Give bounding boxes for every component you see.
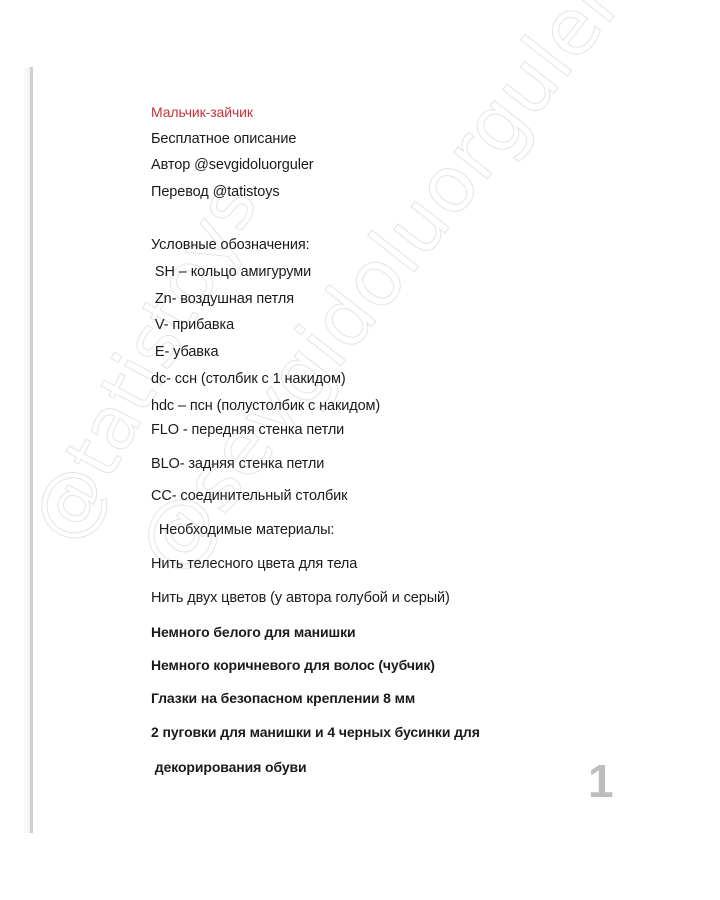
legend-item: Zn- воздушная петля: [151, 290, 294, 308]
materials-item: Нить двух цветов (у автора голубой и сер…: [151, 589, 450, 607]
header-line-translation: Перевод @tatistoys: [151, 183, 280, 201]
materials-item-bold: Немного коричневого для волос (чубчик): [151, 656, 435, 674]
materials-heading: Необходимые материалы:: [151, 521, 334, 539]
page-number: 1: [588, 756, 614, 806]
legend-item: BLO- задняя стенка петли: [151, 455, 324, 473]
legend-item: E- убавка: [151, 343, 218, 361]
legend-item: CC- соединительный столбик: [151, 487, 347, 505]
document-title: Мальчик-зайчик: [151, 103, 253, 121]
materials-item-bold: Глазки на безопасном креплении 8 мм: [151, 689, 415, 707]
header-line-description: Бесплатное описание: [151, 130, 296, 148]
legend-item: FLO - передняя стенка петли: [151, 421, 344, 439]
legend-item: hdc – псн (полустолбик с накидом): [151, 397, 380, 415]
materials-item-bold: декорирования обуви: [151, 758, 307, 776]
materials-item-bold: 2 пуговки для манишки и 4 черных бусинки…: [151, 723, 480, 741]
legend-item: V- прибавка: [151, 316, 234, 334]
legend-item: SH – кольцо амигуруми: [151, 263, 311, 281]
legend-item: dc- ссн (столбик с 1 накидом): [151, 370, 346, 388]
materials-item-bold: Немного белого для манишки: [151, 623, 356, 641]
materials-item: Нить телесного цвета для тела: [151, 555, 357, 573]
header-line-author: Автор @sevgidoluorguler: [151, 156, 314, 174]
legend-heading: Условные обозначения:: [151, 236, 310, 254]
page-edge-line: [30, 67, 33, 833]
